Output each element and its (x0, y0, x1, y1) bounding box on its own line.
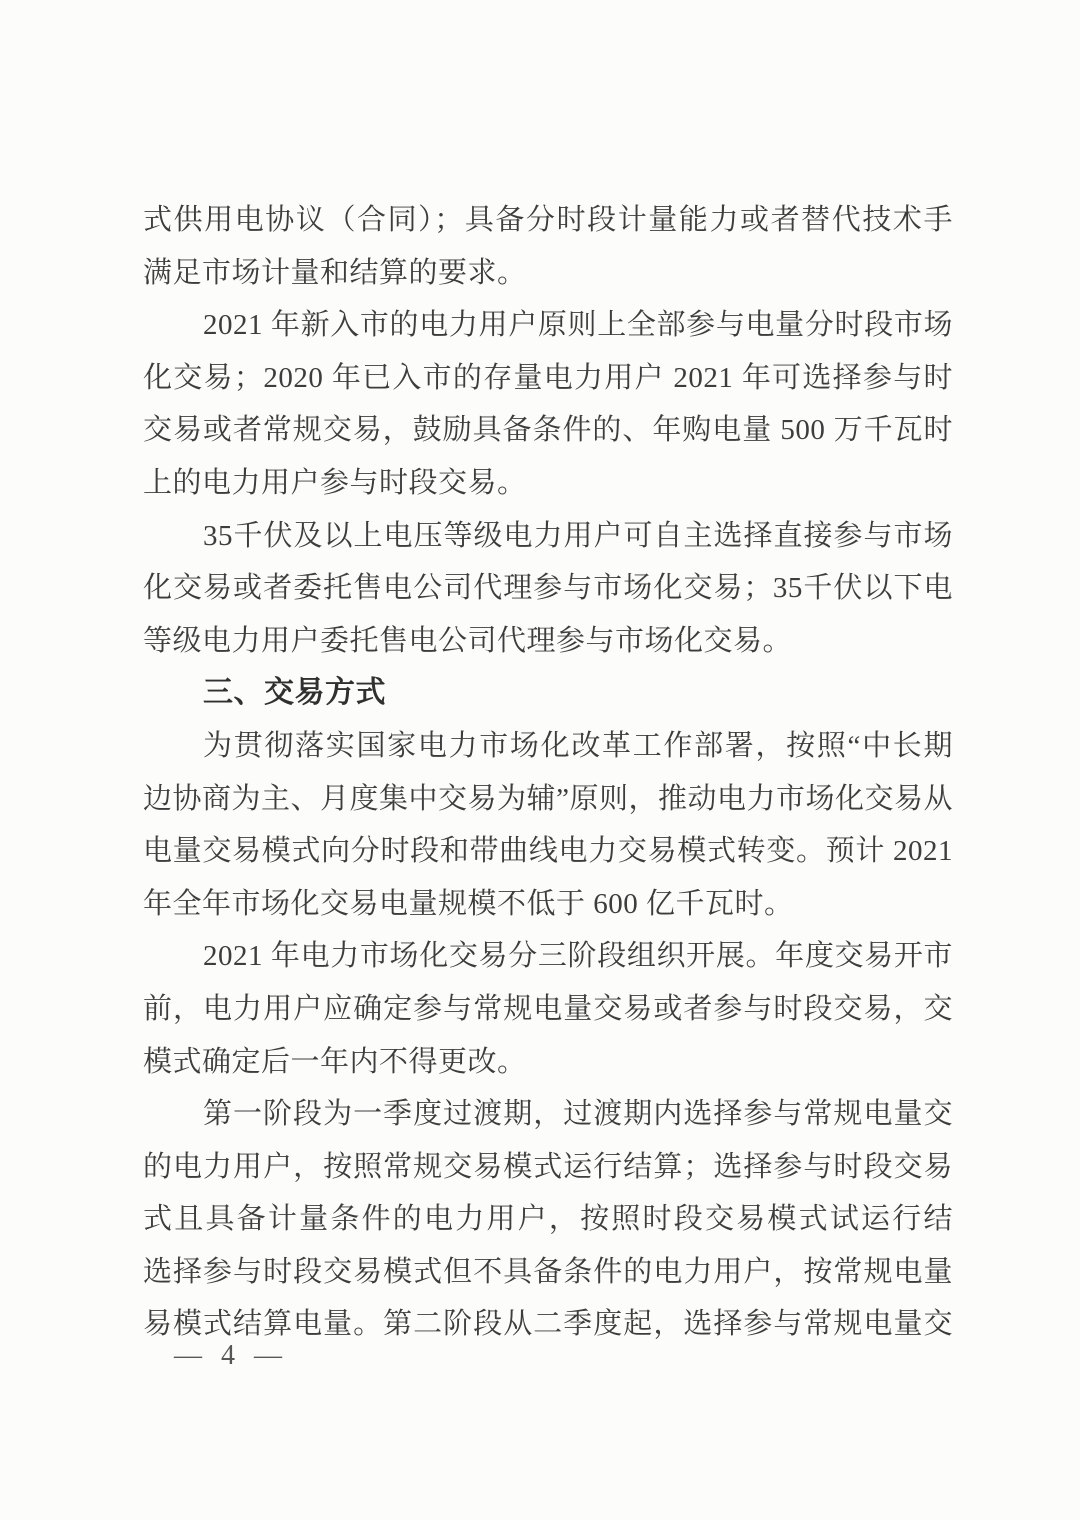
page-number-footer: — 4 — (174, 1340, 288, 1372)
text-line: 第一阶段为一季度过渡期，过渡期内选择参与常规电量交易 (143, 1088, 953, 1141)
text-line: 式且具备计量条件的电力用户，按照时段交易模式试运行结算； (143, 1193, 953, 1246)
text-line: 交易或者常规交易，鼓励具备条件的、年购电量 500 万千瓦时以 (143, 404, 953, 457)
text-line: 模式确定后一年内不得更改。 (143, 1036, 953, 1089)
text-line: 边协商为主、月度集中交易为辅”原则，推动电力市场化交易从 (143, 773, 953, 826)
document-page: 式供用电协议（合同）；具备分时段计量能力或者替代技术手段，满足市场计量和结算的要… (0, 0, 1080, 1520)
text-line: 式供用电协议（合同）；具备分时段计量能力或者替代技术手段， (143, 194, 953, 247)
text-line: 2021 年新入市的电力用户原则上全部参与电量分时段市场 (143, 299, 953, 352)
text-line: 年全年市场化交易电量规模不低于 600 亿千瓦时。 (143, 878, 953, 931)
text-line: 前，电力用户应确定参与常规电量交易或者参与时段交易，交易 (143, 983, 953, 1036)
text-line: 2021 年电力市场化交易分三阶段组织开展。年度交易开市 (143, 930, 953, 983)
text-line: 电量交易模式向分时段和带曲线电力交易模式转变。预计 2021 (143, 825, 953, 878)
text-line: 35千伏及以上电压等级电力用户可自主选择直接参与市场 (143, 510, 953, 563)
text-line: 等级电力用户委托售电公司代理参与市场化交易。 (143, 615, 953, 668)
text-line: 化交易；2020 年已入市的存量电力用户 2021 年可选择参与时段 (143, 352, 953, 405)
section-heading: 三、交易方式 (143, 667, 953, 720)
text-line: 的电力用户，按照常规交易模式运行结算；选择参与时段交易模 (143, 1141, 953, 1194)
text-line: 上的电力用户参与时段交易。 (143, 457, 953, 510)
document-lines: 式供用电协议（合同）；具备分时段计量能力或者替代技术手段，满足市场计量和结算的要… (143, 194, 953, 1351)
text-line: 选择参与时段交易模式但不具备条件的电力用户，按常规电量交 (143, 1246, 953, 1299)
text-line: 满足市场计量和结算的要求。 (143, 247, 953, 300)
text-line: 为贯彻落实国家电力市场化改革工作部署，按照“中长期双 (143, 720, 953, 773)
text-line: 化交易或者委托售电公司代理参与市场化交易；35千伏以下电压 (143, 562, 953, 615)
